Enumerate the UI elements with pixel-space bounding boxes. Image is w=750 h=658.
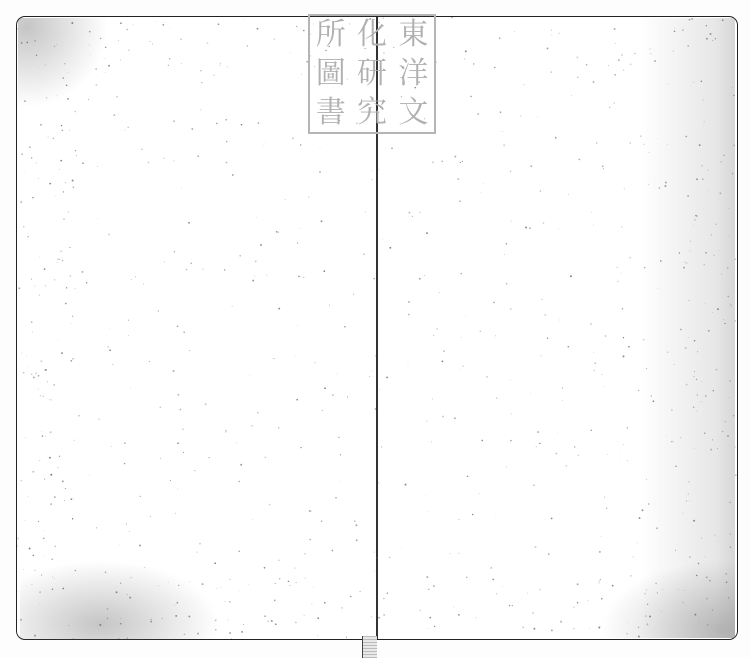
- seal-character: 所: [316, 20, 346, 50]
- seal-character: 化: [357, 20, 387, 50]
- seal-character: 書: [316, 98, 346, 128]
- binding-tab: [362, 636, 377, 658]
- seal-character: 東: [398, 20, 428, 50]
- library-seal: 東洋文化研究所圖書: [308, 14, 436, 134]
- seal-character: 究: [357, 98, 387, 128]
- scan-image: 東洋文化研究所圖書: [0, 0, 750, 658]
- seal-character: 圖: [316, 59, 346, 89]
- seal-character: 研: [357, 59, 387, 89]
- seal-character: 文: [398, 98, 428, 128]
- seal-character: 洋: [398, 59, 428, 89]
